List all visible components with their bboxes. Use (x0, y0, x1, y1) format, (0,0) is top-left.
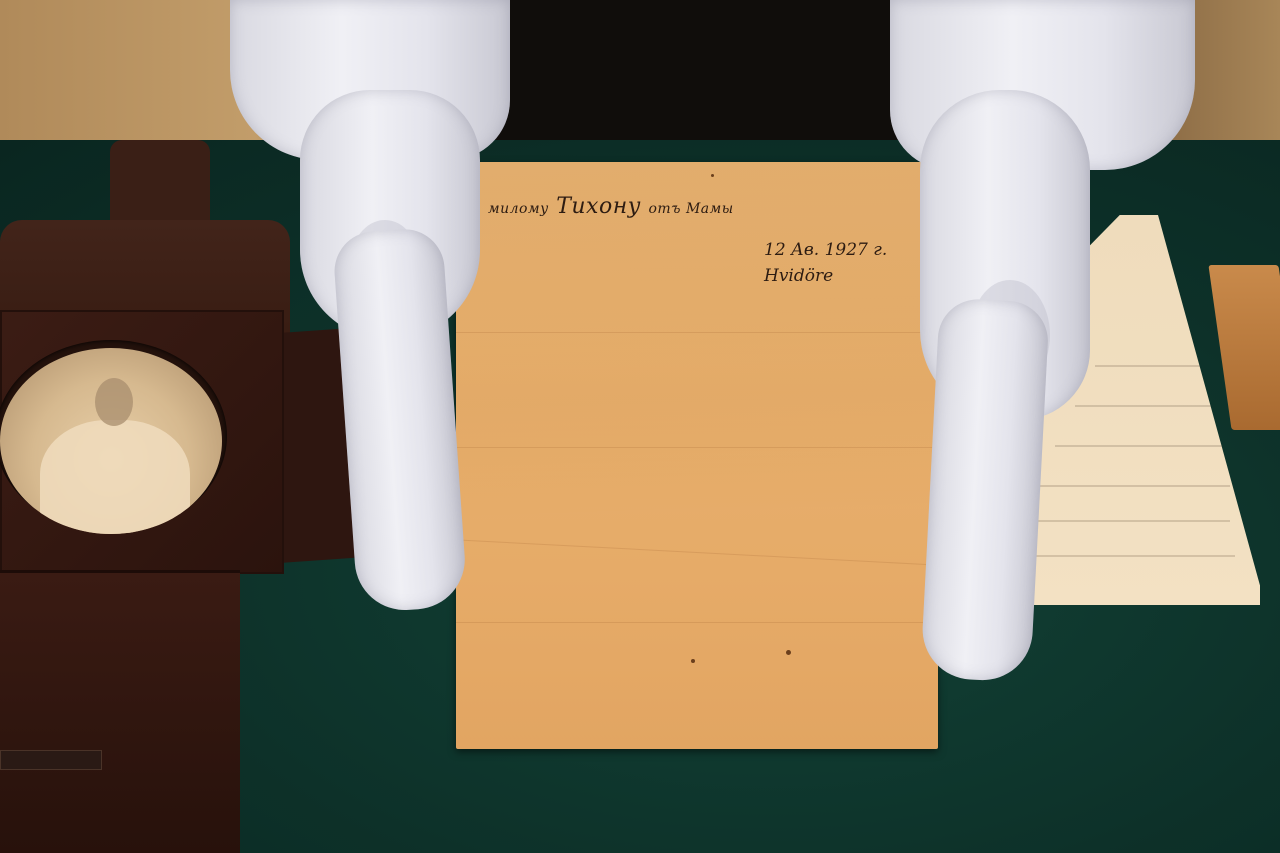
sepia-portrait-photo (0, 348, 222, 534)
wood-grain (456, 539, 937, 565)
wood-speck (691, 659, 695, 663)
portrait-figure-head (95, 378, 133, 426)
letter-text-line (1030, 520, 1230, 522)
wood-speck (786, 650, 791, 655)
inscribed-wooden-board: милому Тихону отъ Мамы 12 Ав. 1927 г. Hv… (456, 162, 938, 749)
wood-grain (456, 447, 938, 448)
wood-speck (711, 174, 714, 177)
letter-text-line (1025, 555, 1235, 557)
wood-grain (456, 332, 938, 333)
inscription-dedication: милому Тихону отъ Мамы (488, 194, 734, 219)
letter-text-line (1095, 365, 1215, 367)
letter-text-line (1075, 405, 1225, 407)
inscription-place: Hvidöre (764, 266, 833, 286)
wood-grain (456, 622, 938, 623)
letter-text-line (1055, 445, 1225, 447)
photo-scene: милому Тихону отъ Мамы 12 Ав. 1927 г. Hv… (0, 0, 1280, 853)
right-white-glove-thumb (920, 297, 1050, 682)
letter-text-line (1040, 485, 1230, 487)
case-bottom-panel (0, 570, 240, 853)
inscription-date: 12 Ав. 1927 г. (764, 240, 887, 260)
person-torso-dark-clothing (460, 0, 930, 150)
portrait-figure-dress (40, 420, 190, 534)
case-clasp (0, 750, 102, 770)
